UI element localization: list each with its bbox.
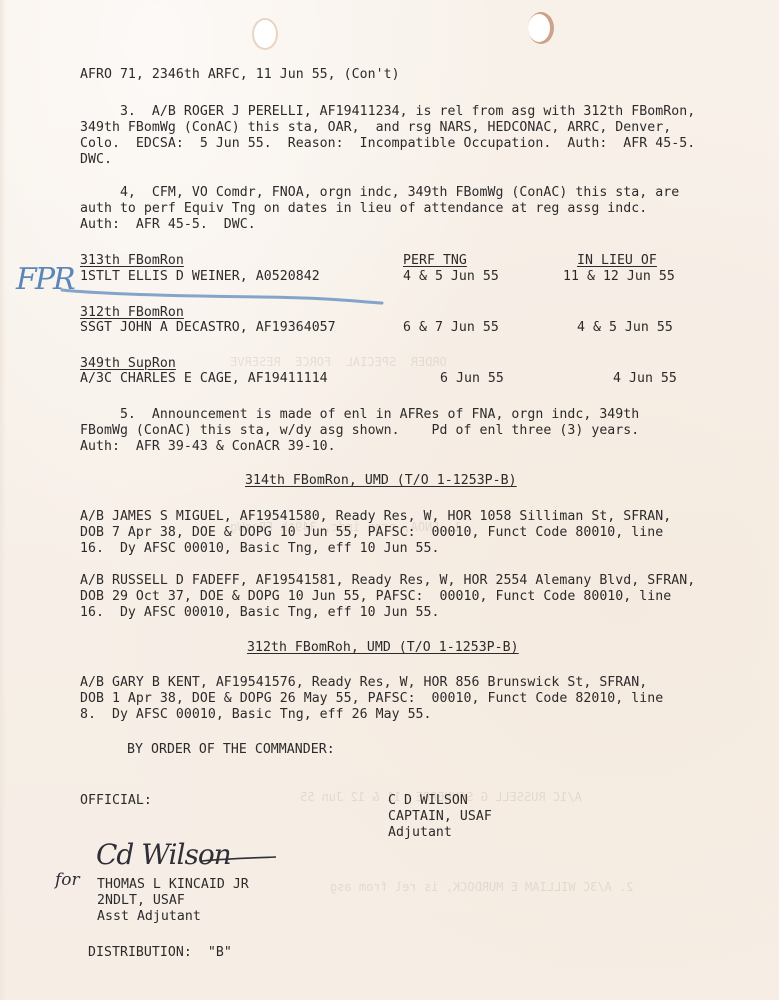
asst-name: THOMAS L KINCAID JR <box>97 877 249 892</box>
column-header-lieu: IN LIEU OF <box>577 253 657 268</box>
paragraph-line: 3. A/B ROGER J PERELLI, AF19411234, is r… <box>80 104 695 119</box>
bleed-through-text: 2. A/3C WILLIAM E MURDOCK, is rel from a… <box>330 880 633 895</box>
asst-title: Asst Adjutant <box>97 909 201 924</box>
bleed-through-text: ORDER SPECIAL FORCE RESERVE <box>230 355 447 370</box>
signature-flourish-icon <box>200 855 280 867</box>
commander-name: C D WILSON <box>388 793 468 808</box>
entry-line: DOB 7 Apr 38, DOE & DOPG 10 Jun 55, PAFS… <box>80 525 663 540</box>
paragraph-line: 349th FBomWg (ConAC) this sta, OAR, and … <box>80 120 671 135</box>
paragraph-line: DWC. <box>80 152 112 167</box>
entry-line: 16. Dy AFSC 00010, Basic Tng, eff 10 Jun… <box>80 541 440 556</box>
punch-hole-left <box>254 20 276 48</box>
handwritten-for-note: for <box>55 870 80 890</box>
distribution-line: DISTRIBUTION: "B" <box>88 945 232 960</box>
lieu-date: 4 Jun 55 <box>613 371 677 386</box>
blue-pen-underline-icon <box>60 282 390 308</box>
lieu-date: 11 & 12 Jun 55 <box>563 269 675 284</box>
paragraph-line: Colo. EDCSA: 5 Jun 55. Reason: Incompati… <box>80 136 695 151</box>
paper-edge <box>0 0 6 1000</box>
entry-line: 8. Dy AFSC 00010, Basic Tng, eff 26 May … <box>80 707 432 722</box>
paragraph-line: 5. Announcement is made of enl in AFRes … <box>80 407 639 422</box>
perf-date: 6 Jun 55 <box>440 371 504 386</box>
paragraph-line: Auth: AFR 45-5. DWC. <box>80 217 256 232</box>
by-order-line: BY ORDER OF THE COMMANDER: <box>127 742 335 757</box>
entry-line: A/B GARY B KENT, AF19541576, Ready Res, … <box>80 675 647 690</box>
person-name: A/3C CHARLES E CAGE, AF19411114 <box>80 371 328 386</box>
lieu-date: 4 & 5 Jun 55 <box>577 320 673 335</box>
asst-rank: 2NDLT, USAF <box>97 893 185 908</box>
person-name: SSGT JOHN A DECASTRO, AF19364057 <box>80 320 336 335</box>
unit-name: 313th FBomRon <box>80 253 184 268</box>
entry-line: A/B JAMES S MIGUEL, AF19541580, Ready Re… <box>80 509 671 524</box>
unit-name: 349th SupRon <box>80 356 176 371</box>
punch-hole-right <box>528 14 550 42</box>
entry-line: DOB 29 Oct 37, DOE & DOPG 10 Jun 55, PAF… <box>80 589 671 604</box>
perf-date: 6 & 7 Jun 55 <box>403 320 499 335</box>
column-header-perf: PERF TNG <box>403 253 467 268</box>
section-title-314th: 314th FBomRon, UMD (T/O 1-1253P-B) <box>245 473 517 488</box>
paragraph-line: FBomWg (ConAC) this sta, w/dy asg shown.… <box>80 423 639 438</box>
commander-title: Adjutant <box>388 825 452 840</box>
document-header: AFRO 71, 2346th ARFC, 11 Jun 55, (Con't) <box>80 67 400 82</box>
entry-line: DOB 1 Apr 38, DOE & DOPG 26 May 55, PAFS… <box>80 691 663 706</box>
paragraph-line: Auth: AFR 39-43 & ConACR 39-10. <box>80 439 336 454</box>
commander-rank: CAPTAIN, USAF <box>388 809 492 824</box>
paragraph-line: auth to perf Equiv Tng on dates in lieu … <box>80 201 647 216</box>
entry-line: 16. Dy AFSC 00010, Basic Tng, eff 10 Jun… <box>80 605 440 620</box>
perf-date: 4 & 5 Jun 55 <box>403 269 499 284</box>
official-label: OFFICIAL: <box>80 793 152 808</box>
paragraph-line: 4, CFM, VO Comdr, FNOA, orgn indc, 349th… <box>80 185 679 200</box>
entry-line: A/B RUSSELL D FADEFF, AF19541581, Ready … <box>80 573 695 588</box>
section-title-312th: 312th FBomRoh, UMD (T/O 1-1253P-B) <box>247 640 519 655</box>
